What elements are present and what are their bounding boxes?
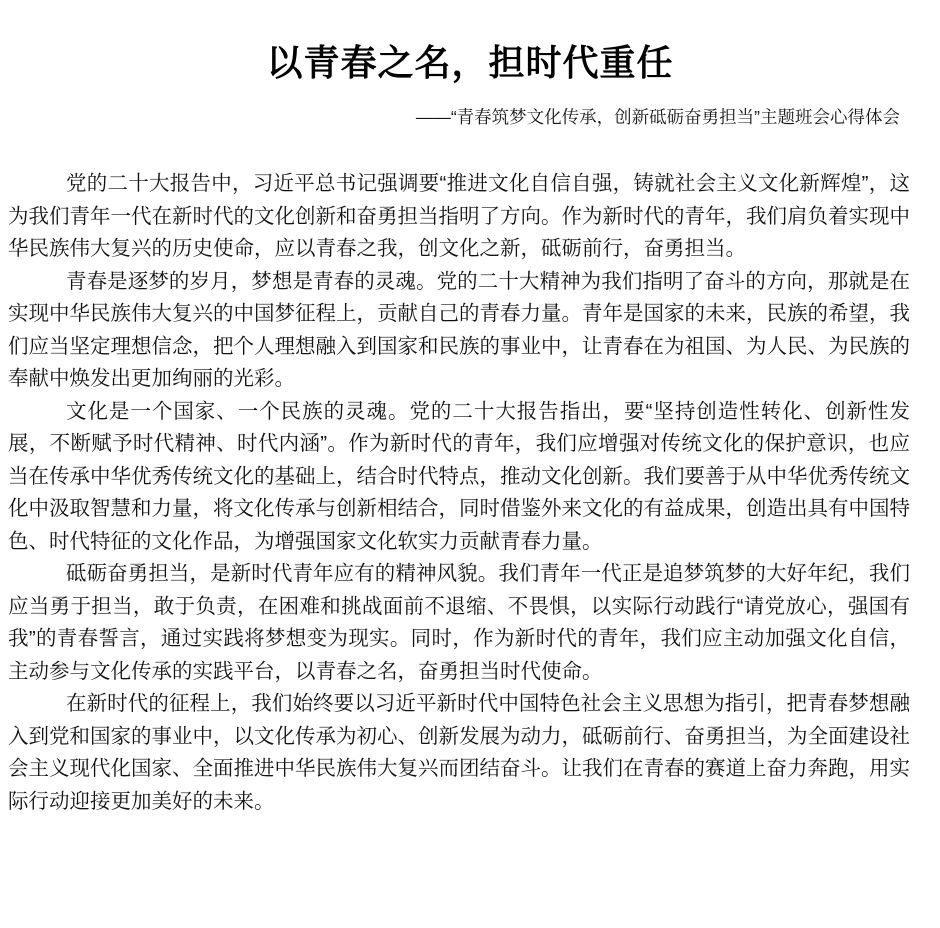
body-paragraph: 砥砺奋勇担当，是新时代青年应有的精神风貌。我们青年一代正是追梦筑梦的大好年纪，我… — [8, 558, 910, 688]
document-title: 以青春之名，担时代重任 — [0, 42, 940, 84]
document-body: 党的二十大报告中，习近平总书记强调要“推进文化自信自强，铸就社会主义文化新辉煌”… — [0, 168, 940, 818]
body-paragraph: 党的二十大报告中，习近平总书记强调要“推进文化自信自强，铸就社会主义文化新辉煌”… — [8, 168, 910, 266]
body-paragraph: 在新时代的征程上，我们始终要以习近平新时代中国特色社会主义思想为指引，把青春梦想… — [8, 688, 910, 818]
body-paragraph: 文化是一个国家、一个民族的灵魂。党的二十大报告指出，要“坚持创造性转化、创新性发… — [8, 396, 910, 559]
document-page: 以青春之名，担时代重任 ——“青春筑梦文化传承，创新砥砺奋勇担当”主题班会心得体… — [0, 0, 940, 928]
body-paragraph: 青春是逐梦的岁月，梦想是青春的灵魂。党的二十大精神为我们指明了奋斗的方向，那就是… — [8, 266, 910, 396]
document-subtitle: ——“青春筑梦文化传承，创新砥砺奋勇担当”主题班会心得体会 — [0, 106, 940, 128]
